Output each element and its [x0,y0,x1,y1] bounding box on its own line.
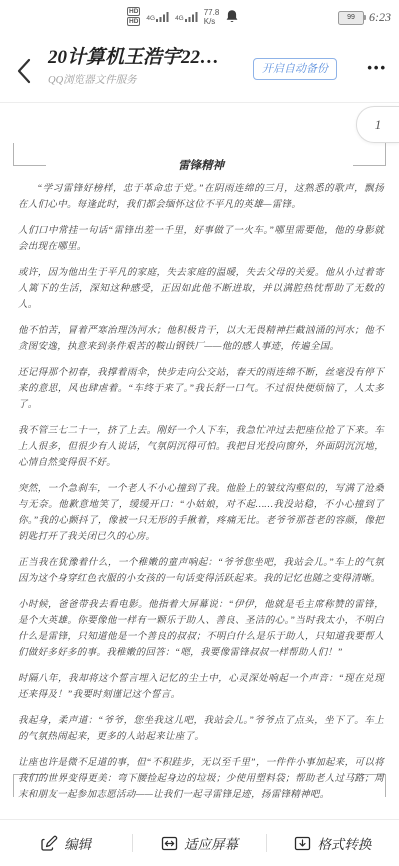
network-4g-label: 4G [146,15,155,22]
bell-icon [225,9,239,24]
back-chevron-icon [12,56,38,86]
format-convert-label: 格式转换 [317,833,371,853]
hd-badge: HD [127,7,140,16]
title-block: 20计算机王浩宇22… QQ浏览器文件服务 [48,46,248,87]
file-source-subtitle: QQ浏览器文件服务 [48,72,248,87]
document-viewer[interactable]: 1 雷锋精神 “学习雷锋好榜样，忠于革命忠于党。”在阴雨连绵的三月，这熟悉的歌声… [0,103,399,820]
battery-icon: 99 [338,11,364,25]
paragraph: 或许，因为他出生于平凡的家庭，失去家庭的温暖，失去父母的关爱。他从小过着寄人篱下… [18,265,384,313]
paragraph: 人们口中常挂一句话“雷锋出差一千里，好事做了一火车。”哪里需要他，他的身影就会出… [18,223,384,255]
hd-badge: HD [127,17,140,26]
document-body: 雷锋精神 “学习雷锋好榜样，忠于革命忠于党。”在阴雨连绵的三月，这熟悉的歌声，飘… [18,157,384,813]
page-number-tab: 1 [356,106,399,143]
clock: 6:23 [369,10,391,25]
signal-sim2: 4G [175,11,198,22]
fit-screen-label: 适应屏幕 [184,833,238,853]
format-convert-icon [294,835,311,852]
status-bar: HD HD 4G 4G 77.8 K/s [0,0,399,38]
battery-percent: 99 [347,14,355,21]
paragraph: 我不管三七二十一，挤了上去。刚好一个人下车，我急忙冲过去把座位抢了下来。车上人很… [18,423,384,471]
more-menu-button[interactable]: ••• [367,60,387,75]
paragraph: 突然，一个急刹车，一个老人不小心撞到了我。他脸上的皱纹沟壑似的，写满了沧桑与无奈… [18,481,384,545]
paragraph: 我起身，柔声道：“爷爷，您坐我这儿吧，我站会儿。”爷爷点了点头，坐下了。车上的气… [18,713,384,745]
paragraph: “学习雷锋好榜样，忠于革命忠于党。”在阴雨连绵的三月，这熟悉的歌声，飘扬在人们心… [18,181,384,213]
paragraph: 他不怕苦，冒着严寒治理沩河水；他积极肯干，以大无畏精神拦截汹涌的河水；他不贪图安… [18,323,384,355]
format-convert-button[interactable]: 格式转换 [267,820,399,866]
paragraph: 小时候，爸爸带我去看电影。他指着大屏幕说：“伊伊，他就是毛主席称赞的雷锋，是个大… [18,597,384,661]
network-speed: 77.8 K/s [204,8,220,26]
document-title: 雷锋精神 [18,157,384,173]
header: 20计算机王浩宇22… QQ浏览器文件服务 开启自动备份 ••• [0,38,399,103]
signal-bars-icon [185,11,198,22]
status-right: 99 6:23 [338,10,391,25]
bottom-toolbar: 编辑 适应屏幕 格式转换 [0,819,399,866]
paragraph: 正当我在犹豫着什么，一个稚嫩的童声响起：“爷爷您坐吧，我站会儿。”车上的气氛因为… [18,555,384,587]
paragraph: 还记得那个初春，我撑着雨伞，快步走向公交站，春天的雨连绵不断，丝毫没有停下来的意… [18,365,384,413]
edit-label: 编辑 [64,833,91,853]
fit-screen-icon [161,835,178,852]
hd-badges: HD HD [127,7,140,26]
signal-bars-icon [156,11,169,22]
back-button[interactable] [12,56,38,86]
page-number: 1 [375,117,382,133]
file-title: 20计算机王浩宇22… [48,46,248,70]
fit-screen-button[interactable]: 适应屏幕 [133,820,265,866]
speed-value: 77.8 [204,8,220,17]
edit-button[interactable]: 编辑 [0,820,132,866]
paragraph: 时隔八年，我却将这个誓言埋入记忆的尘土中，心灵深处响起一个声音：“现在兑现还来得… [18,671,384,703]
paragraph: 让座也许是微不足道的事，但“不积跬步，无以至千里”，一件件小事加起来，可以将我们… [18,755,384,803]
edit-pencil-icon [41,835,58,852]
speed-unit: K/s [204,17,220,26]
app-screen: HD HD 4G 4G 77.8 K/s [0,0,399,866]
auto-backup-button[interactable]: 开启自动备份 [253,58,337,80]
status-icons: HD HD 4G 4G 77.8 K/s [127,7,239,26]
network-4g-label: 4G [175,15,184,22]
signal-sim1: 4G [146,11,169,22]
